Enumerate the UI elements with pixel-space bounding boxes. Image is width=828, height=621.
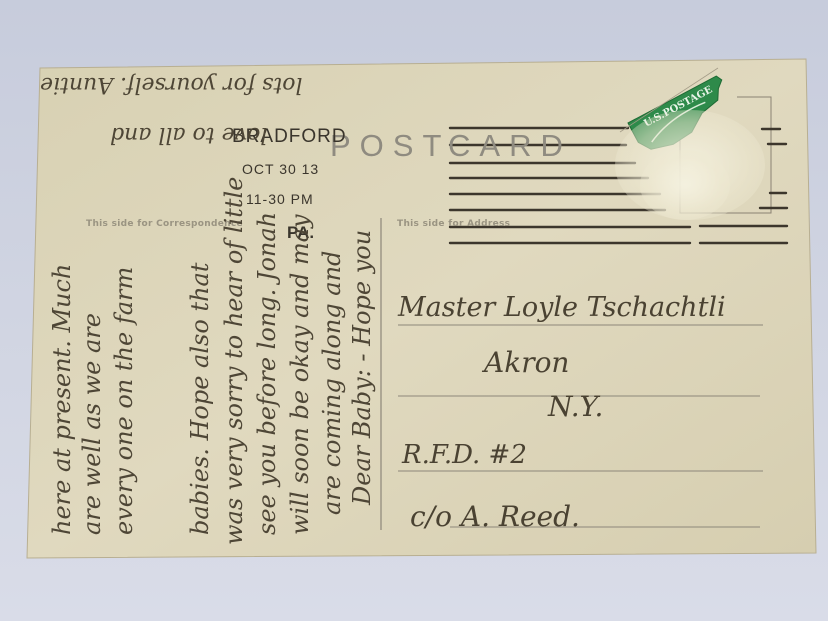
paper-tear-mark	[640, 150, 730, 220]
message-line: was very sorry to hear of little	[220, 177, 248, 545]
message-line: Dear Baby: - Hope you	[348, 230, 376, 505]
message-line: every one on the farm	[110, 267, 138, 535]
handwritten-message: Dear Baby: - Hope you are coming along a…	[48, 25, 368, 545]
message-line: will soon be okay and may	[286, 214, 314, 535]
address-city: Akron	[484, 346, 569, 379]
address-care-of: c/o A. Reed.	[410, 500, 580, 533]
message-line: here at present. Much	[48, 264, 76, 535]
address-label: This side for Address	[397, 219, 510, 229]
message-upside-down-line: love to all and	[110, 122, 267, 147]
message-line: are well as we are	[78, 313, 106, 535]
header-card: CARD	[448, 128, 572, 164]
address-rfd: R.F.D. #2	[402, 440, 527, 470]
message-line: babies. Hope also that	[186, 263, 214, 536]
message-line: are coming along and	[318, 251, 346, 515]
address-name: Master Loyle Tschachtli	[398, 292, 726, 323]
message-upside-down-line: lots for yourself. Auntie	[40, 72, 302, 97]
message-line: see you before long. Jonah	[253, 212, 281, 535]
address-state: N.Y.	[548, 390, 603, 423]
postcard: U.S.POSTAGE POST CARD This side for Corr…	[0, 0, 828, 621]
